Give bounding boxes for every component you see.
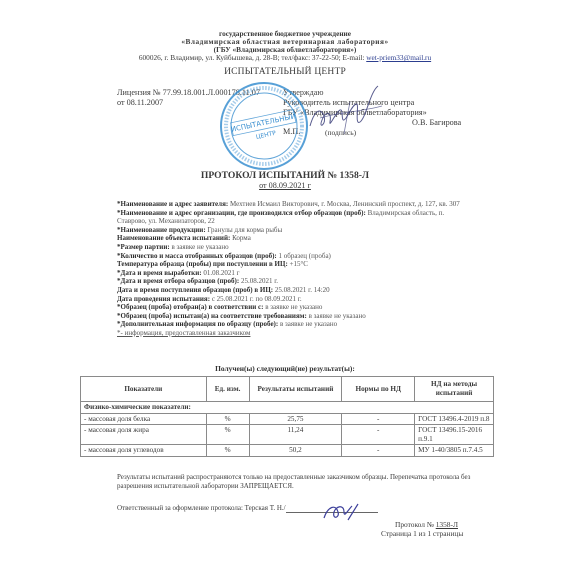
field-label: *Размер партии: xyxy=(117,243,170,251)
results-heading: Получен(ы) следующий(ие) результат(ы): xyxy=(0,364,570,373)
customer-info-note: *- информация, предоставленная заказчико… xyxy=(117,329,462,338)
protocol-title: ПРОТОКОЛ ИСПЫТАНИЙ № 1358-Л xyxy=(0,170,570,181)
svg-text:ЦЕНТР: ЦЕНТР xyxy=(255,130,277,141)
field-value: Мехтиев Исмаил Викторович, г. Москва, Ле… xyxy=(228,200,460,208)
field-value: 1 образец (проба) xyxy=(277,252,331,260)
field-label: *Дата и время выработки: xyxy=(117,269,202,277)
cell-indicator: - массовая доля углеводов xyxy=(81,445,207,457)
field-label: *Образец (проба) отобран(а) в соответств… xyxy=(117,303,263,311)
field-label: *Образец (проба) испытан(а) на соответст… xyxy=(117,312,307,320)
responsible-text: Ответственный за оформление протокола: Т… xyxy=(117,504,286,512)
page-indicator: Страница 1 из 1 страницы xyxy=(381,529,463,538)
svg-text:ИСПЫТАТЕЛЬНЫЙ: ИСПЫТАТЕЛЬНЫЙ xyxy=(230,111,297,134)
info-field: *Дополнительная информация по образцу (п… xyxy=(117,320,462,329)
field-value: в заявке не указано xyxy=(263,303,322,311)
field-value: в заявке не указано xyxy=(278,320,337,328)
cell-result: 11,24 xyxy=(249,425,342,445)
field-label: *Количество и масса отобранных образцов … xyxy=(117,252,277,260)
info-field: *Образец (проба) отобран(а) в соответств… xyxy=(117,303,462,312)
cell-method: ГОСТ 13496.4-2019 п.8 xyxy=(415,413,494,425)
info-field: Наименование объекта испытаний: Корма xyxy=(117,234,462,243)
field-label: *Дополнительная информация по образцу (п… xyxy=(117,320,278,328)
field-label: Дата проведения испытания: xyxy=(117,295,210,303)
info-field: *Количество и масса отобранных образцов … xyxy=(117,252,462,261)
field-label: Температура образца (пробы) при поступле… xyxy=(117,260,288,268)
section-label: Физико-химические показатели: xyxy=(81,402,494,414)
info-field: *Дата и время отбора образцов (проб): 25… xyxy=(117,277,462,286)
col-method: НД на методы испытаний xyxy=(415,377,494,402)
cell-unit: % xyxy=(206,413,249,425)
info-fields: *Наименование и адрес заявителя: Мехтиев… xyxy=(117,200,462,338)
protocol-ref-number: 1358-Л xyxy=(436,520,458,529)
field-value: в заявке не указано xyxy=(170,243,229,251)
email-link[interactable]: wet-priem33@mail.ru xyxy=(366,53,431,62)
cell-method: ГОСТ 13496.15-2016 п.9.1 xyxy=(415,425,494,445)
cell-result: 25,75 xyxy=(249,413,342,425)
col-unit: Ед. изм. xyxy=(206,377,249,402)
field-label: *Наименование и адрес заявителя: xyxy=(117,200,228,208)
field-label: *Дата и время отбора образцов (проб): xyxy=(117,277,239,285)
results-table: Показатели Ед. изм. Результаты испытаний… xyxy=(80,376,494,457)
field-value: с 25.08.2021 г. по 08.09.2021 г. xyxy=(210,295,302,303)
field-value: 01.08.2021 г xyxy=(202,269,240,277)
field-value: Корма xyxy=(230,234,250,242)
protocol-ref-prefix: Протокол № xyxy=(395,520,436,529)
table-row: - массовая доля белка%25,75-ГОСТ 13496.4… xyxy=(81,413,494,425)
cell-unit: % xyxy=(206,425,249,445)
document-page: государственное бюджетное учреждение «Вл… xyxy=(0,0,570,570)
responsible-signature-icon xyxy=(318,500,360,524)
table-header-row: Показатели Ед. изм. Результаты испытаний… xyxy=(81,377,494,402)
info-field: *Наименование и адрес организации, где п… xyxy=(117,209,462,226)
col-indicator: Показатели xyxy=(81,377,207,402)
disclaimer: Результаты испытаний распространяются то… xyxy=(117,473,487,492)
field-value: Гранулы для корма рыбы xyxy=(206,226,283,234)
field-value: 25.08.2021 г. xyxy=(239,277,278,285)
field-label: *Наименование и адрес организации, где п… xyxy=(117,209,366,217)
org-address: 600026, г. Владимир, ул. Куйбышева, д. 2… xyxy=(0,53,570,62)
cell-unit: % xyxy=(206,445,249,457)
cell-method: МУ 1-40/3805 п.7.4.5 xyxy=(415,445,494,457)
info-field: *Наименование и адрес заявителя: Мехтиев… xyxy=(117,200,462,209)
info-field: *Образец (проба) испытан(а) на соответст… xyxy=(117,312,462,321)
field-value: +15°С xyxy=(288,260,308,268)
signature-icon xyxy=(300,82,390,142)
cell-norm: - xyxy=(342,425,415,445)
approval-signer: О.В. Багирова xyxy=(412,118,461,128)
field-value: 25.08.2021 г. 14:20 xyxy=(273,286,330,294)
section-row: Физико-химические показатели: xyxy=(81,402,494,414)
cell-norm: - xyxy=(342,445,415,457)
col-norm: Нормы по НД xyxy=(342,377,415,402)
table-row: - массовая доля жира%11,24-ГОСТ 13496.15… xyxy=(81,425,494,445)
protocol-date: от 08.09.2021 г xyxy=(0,181,570,190)
field-value: в заявке не указано xyxy=(307,312,366,320)
stamp-icon: ИСПЫТАТЕЛЬНЫЙ ЦЕНТР xyxy=(218,80,310,172)
info-field: *Дата и время выработки: 01.08.2021 г xyxy=(117,269,462,278)
info-field: *Размер партии: в заявке не указано xyxy=(117,243,462,252)
info-field: Дата и время поступления образцов (проб)… xyxy=(117,286,462,295)
protocol-ref: Протокол № 1358-Л xyxy=(395,520,458,529)
info-field: *Наименование продукции: Гранулы для кор… xyxy=(117,226,462,235)
cell-indicator: - массовая доля жира xyxy=(81,425,207,445)
field-label: Дата и время поступления образцов (проб)… xyxy=(117,286,273,294)
cell-indicator: - массовая доля белка xyxy=(81,413,207,425)
info-field: Температура образца (пробы) при поступле… xyxy=(117,260,462,269)
info-field: Дата проведения испытания: с 25.08.2021 … xyxy=(117,295,462,304)
col-result: Результаты испытаний xyxy=(249,377,342,402)
license-date: от 08.11.2007 xyxy=(117,98,163,108)
table-row: - массовая доля углеводов%50,2-МУ 1-40/3… xyxy=(81,445,494,457)
field-label: *Наименование продукции: xyxy=(117,226,206,234)
responsible-line: Ответственный за оформление протокола: Т… xyxy=(117,504,487,513)
cell-result: 50,2 xyxy=(249,445,342,457)
center-title: ИСПЫТАТЕЛЬНЫЙ ЦЕНТР xyxy=(0,67,570,77)
cell-norm: - xyxy=(342,413,415,425)
field-label: Наименование объекта испытаний: xyxy=(117,234,230,242)
address-text: 600026, г. Владимир, ул. Куйбышева, д. 2… xyxy=(139,53,366,62)
